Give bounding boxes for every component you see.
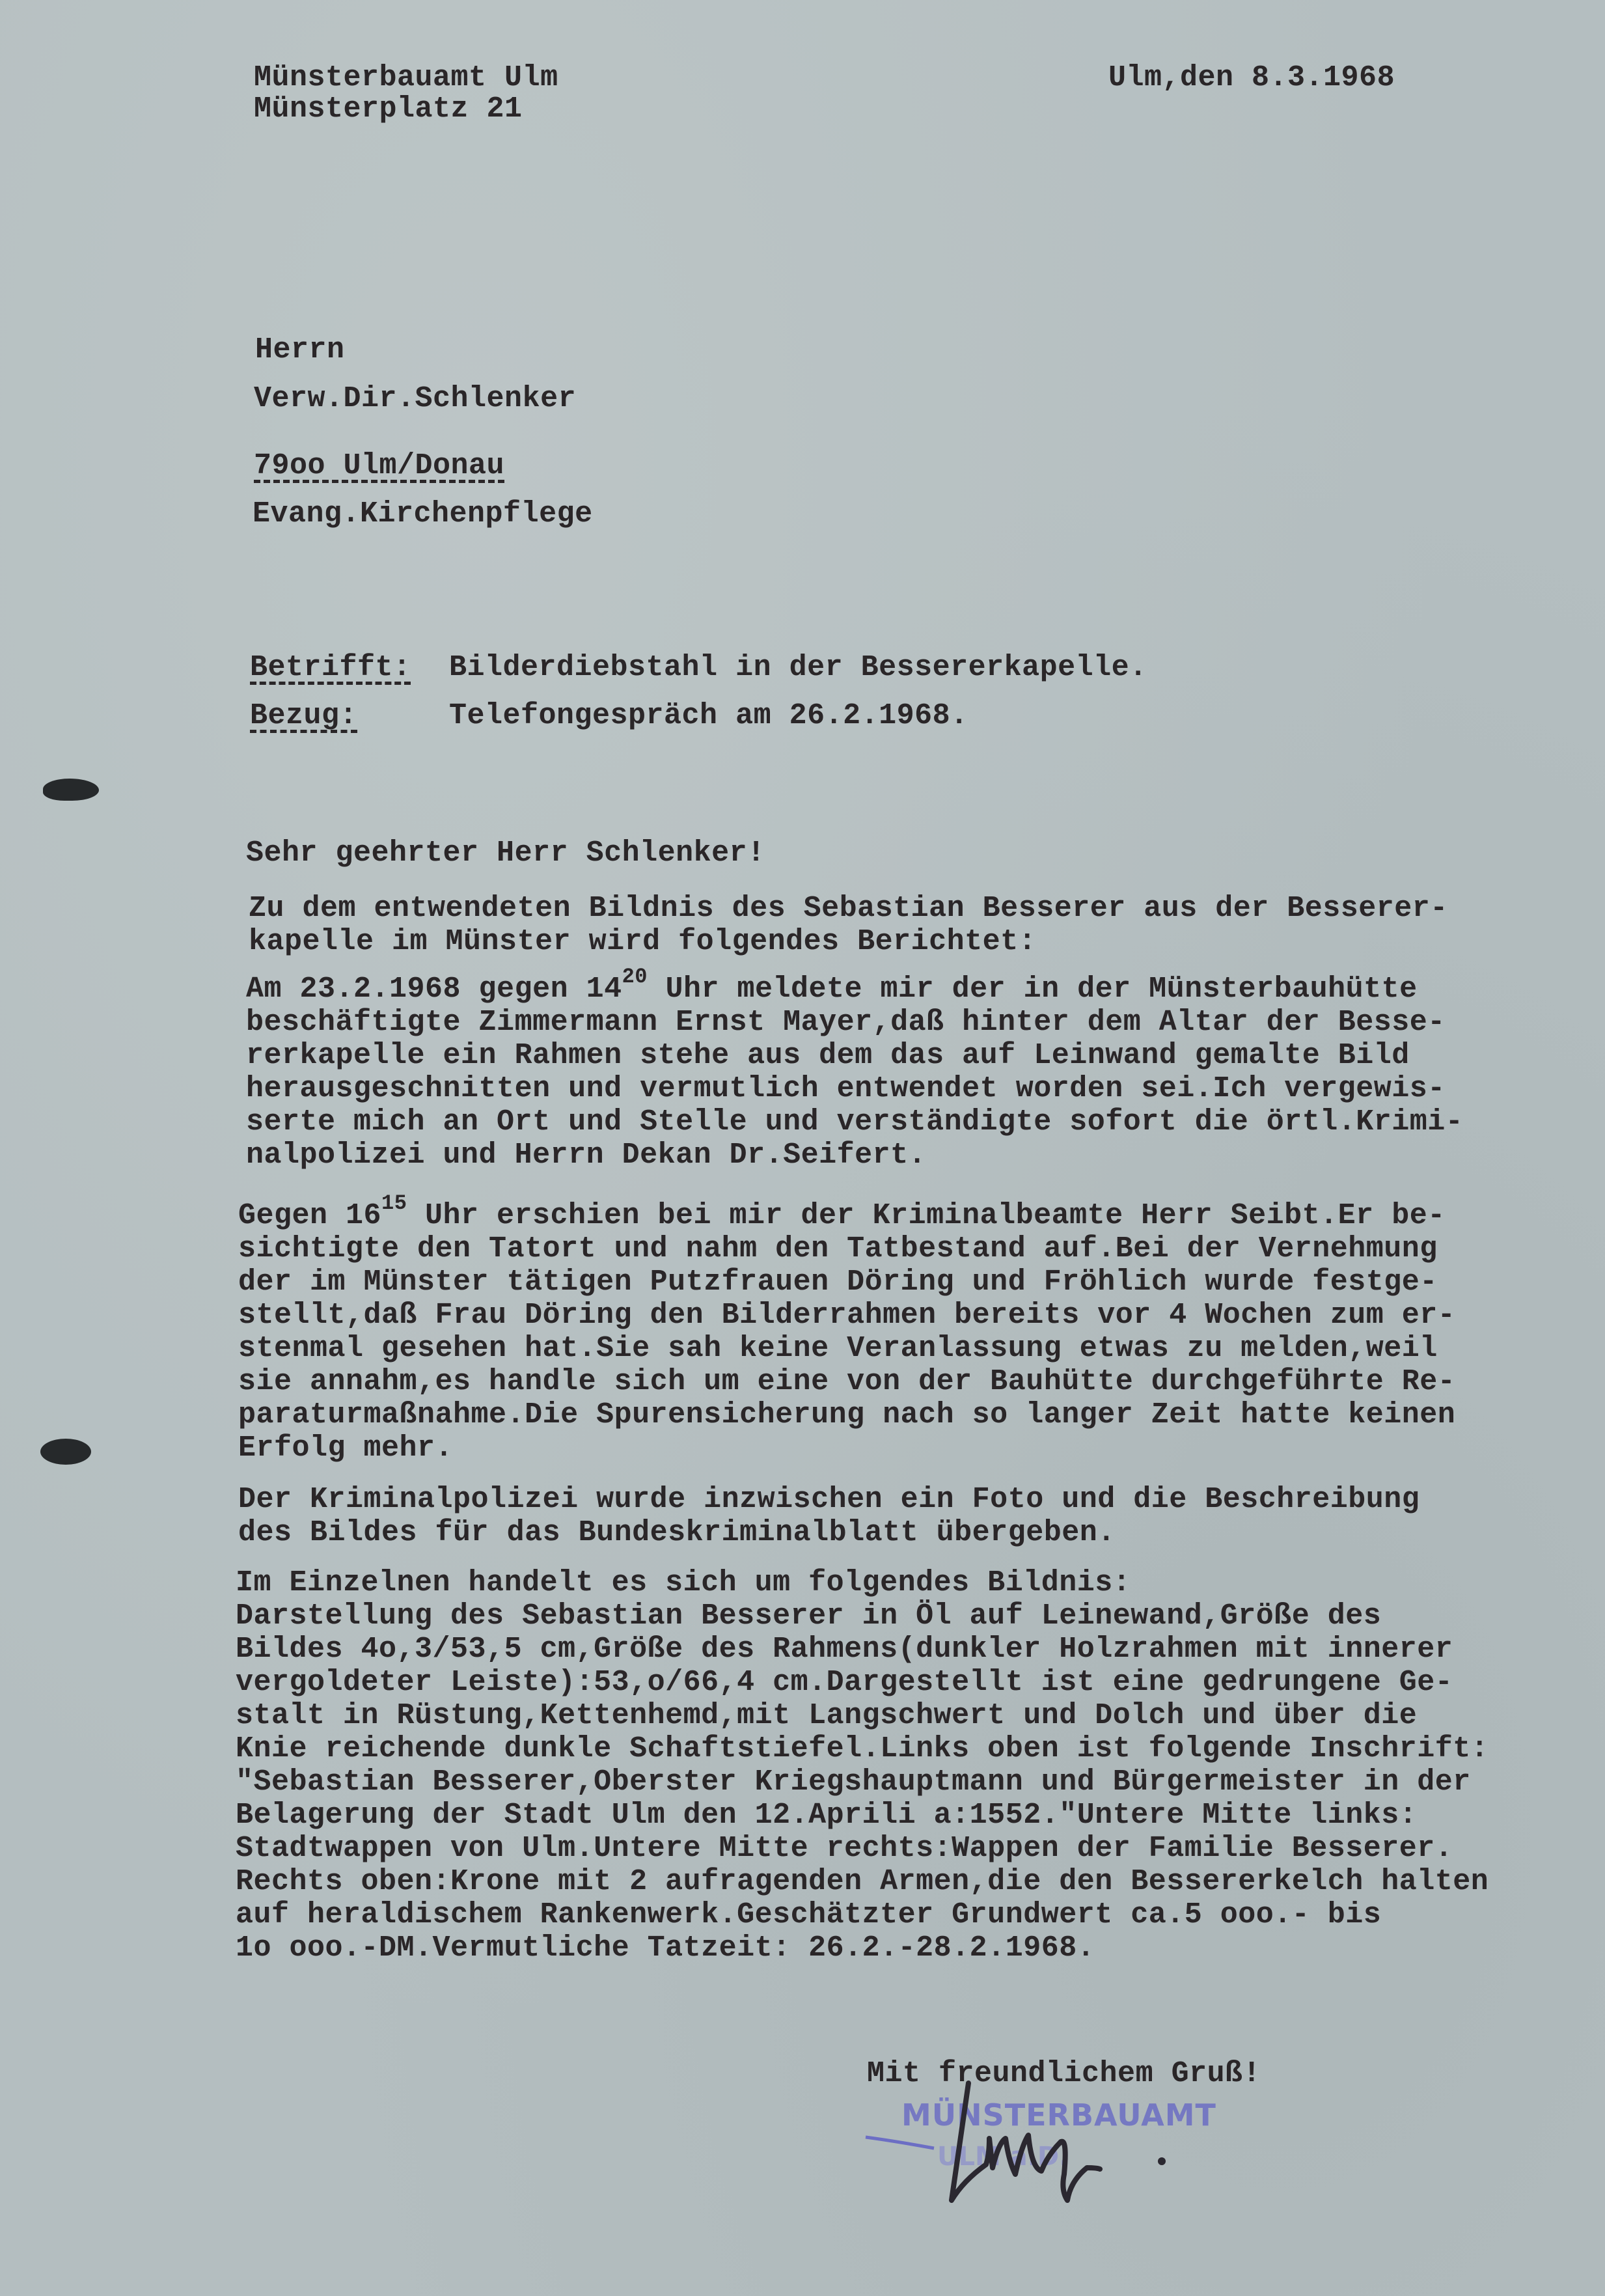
paragraph-line: Rechts oben:Krone mit 2 aufragenden Arme… [236,1865,1488,1899]
paragraph-line: Bildes 4o,3/53,5 cm,Größe des Rahmens(du… [236,1633,1453,1667]
paragraph-line: Erfolg mehr. [238,1432,453,1465]
sender-name: Münsterbauamt Ulm [254,61,558,95]
paragraph-line: sie annahm,es handle sich um eine von de… [238,1365,1455,1399]
signature [911,2077,1211,2226]
recipient-city: 79oo Ulm/Donau [254,449,504,483]
paragraph-line: des Bildes für das Bundeskriminalblatt ü… [238,1516,1116,1550]
paragraph-line: paraturmaßnahme.Die Spurensicherung nach… [238,1398,1455,1432]
paragraph-line: kapelle im Münster wird folgendes Berich… [249,925,1036,959]
greeting: Sehr geehrter Herr Schlenker! [246,837,765,870]
paragraph-line: Belagerung der Stadt Ulm den 12.Aprili a… [236,1799,1417,1833]
paragraph-line: Knie reichende dunkle Schaftstiefel.Link… [236,1732,1488,1766]
sender-address: Münsterplatz 21 [254,92,523,126]
subject-text: Bilderdiebstahl in der Bessererkapelle. [449,651,1147,685]
paragraph-line: der im Münster tätigen Putzfrauen Döring… [238,1266,1438,1299]
paragraph-line: stenmal gesehen hat.Sie sah keine Veranl… [238,1332,1438,1366]
paragraph-line: stellt,daß Frau Döring den Bilderrahmen … [238,1299,1455,1333]
paragraph-line: Der Kriminalpolizei wurde inzwischen ein… [238,1483,1420,1517]
time-superscript: 20 [622,965,648,989]
paragraph-line: Gegen 1615 Uhr erschien bei mir der Krim… [238,1199,1446,1233]
paragraph-line: stalt in Rüstung,Kettenhemd,mit Langschw… [236,1699,1417,1733]
paragraph-line: Zu dem entwendeten Bildnis des Sebastian… [249,892,1448,926]
recipient-name: Verw.Dir.Schlenker [254,382,576,416]
time-superscript: 15 [381,1191,407,1215]
paragraph-line: auf heraldischem Rankenwerk.Geschätzter … [236,1898,1381,1932]
subject-label: Betrifft: [250,651,411,685]
paragraph-line: Am 23.2.1968 gegen 1420 Uhr meldete mir … [246,973,1418,1006]
paragraph-line: nalpolizei und Herrn Dekan Dr.Seifert. [246,1139,926,1172]
reference-label: Bezug: [250,699,357,733]
recipient-salutation: Herrn [255,333,345,367]
paragraph-line: Stadtwappen von Ulm.Untere Mitte rechts:… [236,1832,1453,1866]
paragraph-line: herausgeschnitten und vermutlich entwend… [246,1072,1446,1106]
paragraph-line: rerkapelle ein Rahmen stehe aus dem das … [246,1039,1410,1073]
paragraph-line: sichtigte den Tatort und nahm den Tatbes… [238,1232,1438,1266]
paragraph-line: vergoldeter Leiste):53,o/66,4 cm.Dargest… [236,1666,1453,1700]
reference-text: Telefongespräch am 26.2.1968. [449,699,968,733]
paragraph-line: beschäftigte Zimmermann Ernst Mayer,daß … [246,1006,1446,1040]
paragraph-line: 1o ooo.-DM.Vermutliche Tatzeit: 26.2.-28… [236,1931,1095,1965]
paragraph-line: "Sebastian Besserer,Oberster Kriegshaupt… [236,1765,1471,1799]
punch-hole-top [43,779,99,801]
paragraph-line: Im Einzelnen handelt es sich um folgende… [236,1566,1131,1600]
punch-hole-bottom [40,1439,91,1465]
paragraph-line: serte mich an Ort und Stelle und verstän… [246,1105,1463,1139]
recipient-organization: Evang.Kirchenpflege [253,497,593,531]
paragraph-line: Darstellung des Sebastian Besserer in Öl… [236,1599,1381,1633]
date-line: Ulm,den 8.3.1968 [1108,61,1395,95]
